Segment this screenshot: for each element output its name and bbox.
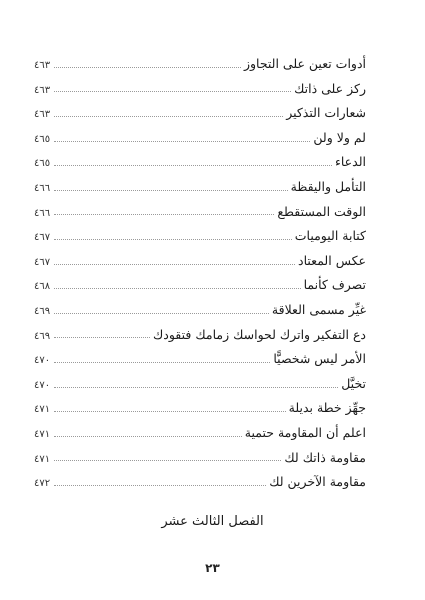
dot-leader	[54, 67, 241, 68]
toc-entry[interactable]: غيِّر مسمى العلاقة ٤٦٩	[34, 298, 366, 323]
page-number: ٢٣	[0, 561, 425, 575]
toc-entry-title: الأمر ليس شخصيًّا	[270, 347, 366, 372]
toc-entry-page: ٤٦٦	[34, 177, 54, 202]
dot-leader	[54, 264, 295, 265]
toc-entry[interactable]: شعارات التذكير ٤٦٣	[34, 101, 366, 126]
toc-entry[interactable]: كتابة اليوميات ٤٦٧	[34, 224, 366, 249]
toc-entry-title: الدعاء	[332, 150, 366, 175]
toc-entry-title: تخيَّل	[338, 372, 366, 397]
toc-entry-page: ٤٧٠	[34, 349, 54, 374]
toc-entry-page: ٤٦٣	[34, 54, 54, 79]
toc-entry-page: ٤٦٥	[34, 152, 54, 177]
toc-entry-title: تصرف كأنما	[301, 273, 366, 298]
toc-entry-page: ٤٦٧	[34, 226, 54, 251]
dot-leader	[54, 91, 291, 92]
toc-entry[interactable]: التأمل واليقظة ٤٦٦	[34, 175, 366, 200]
toc-entry[interactable]: تصرف كأنما ٤٦٨	[34, 273, 366, 298]
toc-entry[interactable]: جهِّز خطة بديلة ٤٧١	[34, 396, 366, 421]
toc-entry-page: ٤٧١	[34, 448, 54, 473]
toc-entry-page: ٤٧٠	[34, 374, 54, 399]
dot-leader	[54, 288, 300, 289]
toc-entry-title: عكس المعتاد	[295, 249, 366, 274]
toc-entry-title: الوقت المستقطع	[274, 200, 366, 225]
toc-entry-page: ٤٦٧	[34, 251, 54, 276]
dot-leader	[54, 387, 338, 388]
toc-entry[interactable]: لم ولا ولن ٤٦٥	[34, 126, 366, 151]
toc-entry[interactable]: الأمر ليس شخصيًّا ٤٧٠	[34, 347, 366, 372]
toc-entry[interactable]: الوقت المستقطع ٤٦٦	[34, 200, 366, 225]
dot-leader	[54, 313, 269, 314]
toc-entry[interactable]: مقاومة الآخرين لك ٤٧٢	[34, 470, 366, 495]
dot-leader	[54, 460, 281, 461]
dot-leader	[54, 214, 274, 215]
dot-leader	[54, 165, 332, 166]
dot-leader	[54, 436, 242, 437]
toc-entry-page: ٤٦٩	[34, 325, 54, 350]
toc-entry[interactable]: ركز على ذاتك ٤٦٣	[34, 77, 366, 102]
toc-entry[interactable]: عكس المعتاد ٤٦٧	[34, 249, 366, 274]
dot-leader	[54, 190, 288, 191]
toc-entry-page: ٤٦٥	[34, 128, 54, 153]
toc-entry-title: كتابة اليوميات	[292, 224, 366, 249]
toc-entry[interactable]: تخيَّل ٤٧٠	[34, 372, 366, 397]
dot-leader	[54, 337, 150, 338]
toc-entry-page: ٤٦٨	[34, 275, 54, 300]
toc-entry-page: ٤٧٢	[34, 472, 54, 497]
toc-entry-page: ٤٦٣	[34, 79, 54, 104]
toc-entry-title: اعلم أن المقاومة حتمية	[242, 421, 366, 446]
toc-entry-title: ركز على ذاتك	[291, 77, 366, 102]
dot-leader	[54, 362, 270, 363]
chapter-heading[interactable]: الفصل الثالث عشر	[0, 514, 425, 529]
dot-leader	[54, 485, 266, 486]
toc-entry-title: دع التفكير واترك لحواسك زمامك فتقودك	[150, 323, 366, 348]
toc-entry[interactable]: اعلم أن المقاومة حتمية ٤٧١	[34, 421, 366, 446]
toc-entry[interactable]: دع التفكير واترك لحواسك زمامك فتقودك ٤٦٩	[34, 323, 366, 348]
toc-entry-title: شعارات التذكير	[283, 101, 366, 126]
toc-entry-page: ٤٦٩	[34, 300, 54, 325]
toc-entry-title: التأمل واليقظة	[288, 175, 366, 200]
dot-leader	[54, 116, 283, 117]
toc-entry[interactable]: أدوات تعين على التجاوز ٤٦٣	[34, 52, 366, 77]
table-of-contents: أدوات تعين على التجاوز ٤٦٣ ركز على ذاتك …	[34, 52, 366, 495]
dot-leader	[54, 411, 286, 412]
toc-entry-page: ٤٦٣	[34, 103, 54, 128]
dot-leader	[54, 141, 310, 142]
toc-entry[interactable]: الدعاء ٤٦٥	[34, 150, 366, 175]
toc-entry-page: ٤٧١	[34, 423, 54, 448]
toc-entry-title: مقاومة ذاتك لك	[281, 446, 366, 471]
toc-entry[interactable]: مقاومة ذاتك لك ٤٧١	[34, 446, 366, 471]
toc-entry-page: ٤٦٦	[34, 202, 54, 227]
toc-entry-page: ٤٧١	[34, 398, 54, 423]
toc-entry-title: مقاومة الآخرين لك	[266, 470, 366, 495]
toc-entry-title: غيِّر مسمى العلاقة	[269, 298, 366, 323]
toc-entry-title: جهِّز خطة بديلة	[286, 396, 366, 421]
dot-leader	[54, 239, 292, 240]
toc-entry-title: أدوات تعين على التجاوز	[241, 52, 366, 77]
toc-entry-title: لم ولا ولن	[310, 126, 366, 151]
